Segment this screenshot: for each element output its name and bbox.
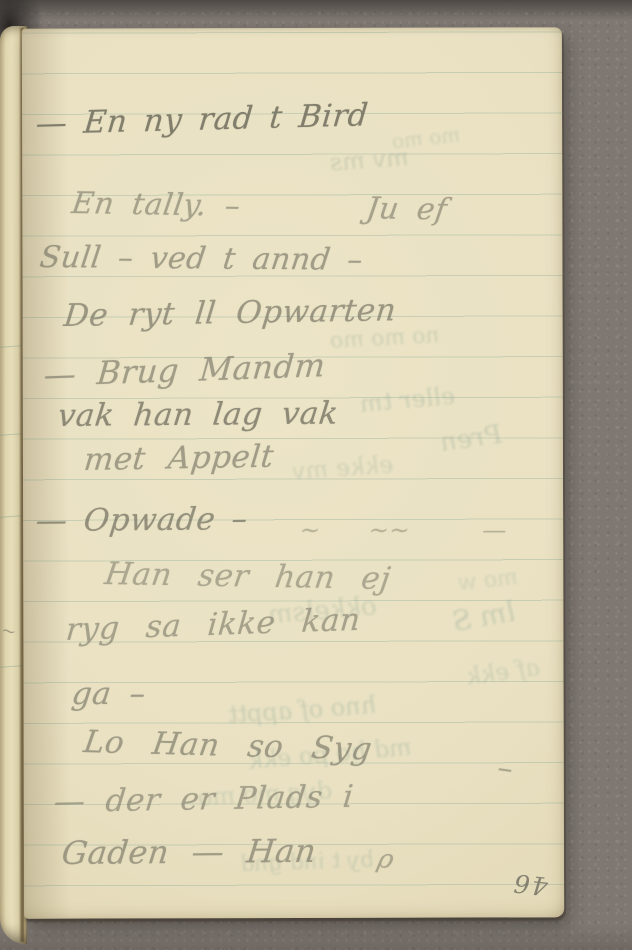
notebook-page: [22, 27, 564, 918]
page-number: 46: [511, 868, 550, 901]
page-edge-toning: [22, 27, 564, 918]
top-shadow: [0, 0, 632, 20]
notebook-photo: ~ mv msmo mono mo moeller tmPrenekke mvm…: [0, 0, 632, 950]
edge-pencil-mark: ~: [0, 620, 19, 643]
bottom-shadow: [0, 924, 632, 950]
